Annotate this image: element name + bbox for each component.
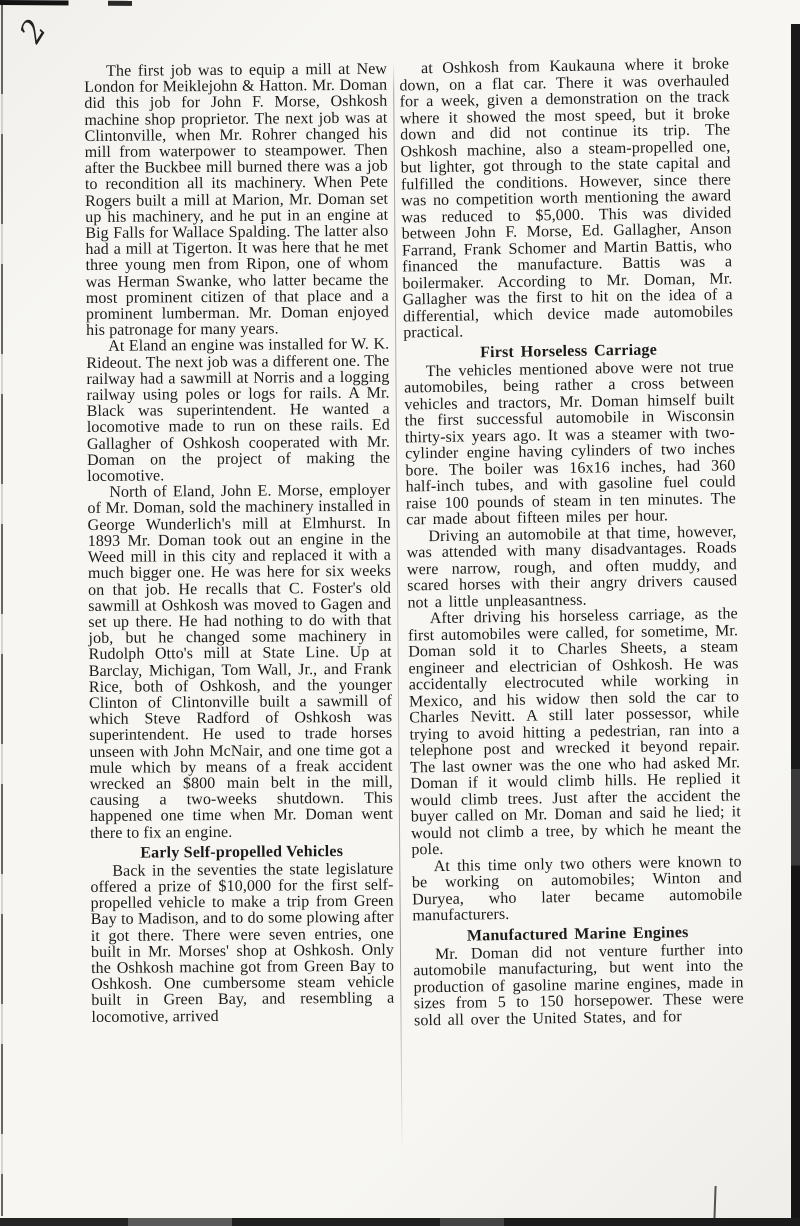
article-paragraph: North of Eland, John E. Morse, employer …: [87, 483, 393, 842]
scan-edge-left: [1, 4, 3, 1216]
article-paragraph: At this time only two others were known …: [412, 854, 743, 925]
scan-edge-bottom: [0, 1218, 800, 1226]
article-paragraph: The first job was to equip a mill at New…: [84, 62, 389, 340]
article-paragraph: at Oshkosh from Kaukauna where it broke …: [399, 56, 733, 342]
scanned-newspaper-page: 2 The first job was to equip a mill at N…: [0, 0, 800, 1226]
scan-mark-bottom-right: [713, 1186, 716, 1220]
handwritten-page-number: 2: [15, 15, 52, 48]
article-column-right: at Oshkosh from Kaukauna where it broke …: [399, 56, 746, 1151]
article-paragraph: Back in the seventies the state legislat…: [90, 861, 394, 1025]
article-paragraph: Mr. Doman did not venture further into a…: [413, 942, 744, 1030]
section-heading-early-self-propelled-vehicles: Early Self-propelled Vehicles: [90, 842, 393, 861]
article-body: The first job was to equip a mill at New…: [84, 59, 743, 1154]
article-paragraph: Driving an automobile at that time, howe…: [406, 524, 737, 612]
article-paragraph: After driving his horseless carriage, as…: [408, 606, 742, 859]
article-column-left: The first job was to equip a mill at New…: [84, 62, 396, 1154]
article-paragraph: The vehicles mentioned above were not tr…: [404, 359, 737, 529]
article-paragraph: At Eland an engine was installed for W. …: [86, 337, 390, 485]
scan-edge-top-left: [0, 0, 132, 6]
scan-edge-right: [791, 24, 800, 1226]
